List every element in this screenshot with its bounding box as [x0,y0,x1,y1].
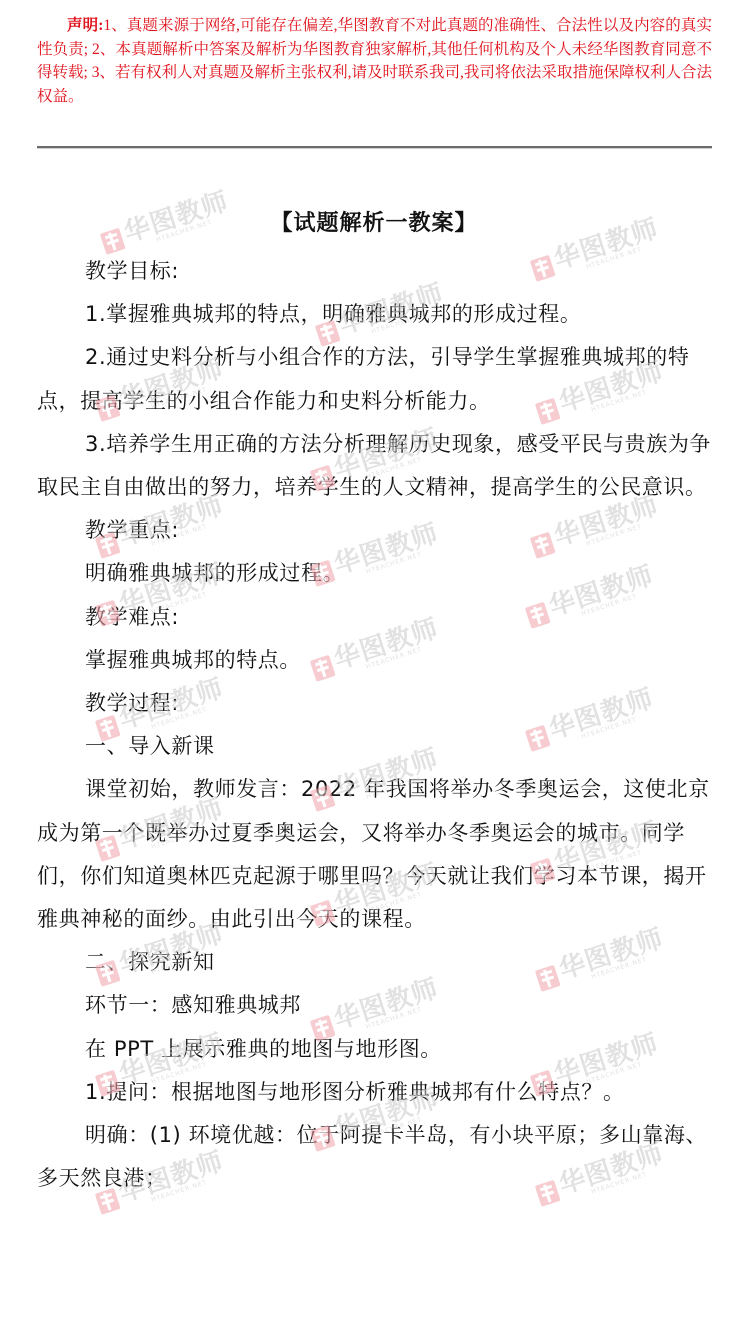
disclaimer-text: 1、真题来源于网络,可能存在偏差,华图教育不对此真题的准确性、合法性以及内容的真… [37,17,712,105]
paragraph: 2.通过史料分析与小组合作的方法，引导学生掌握雅典城邦的特点，提高学生的小组合作… [37,336,713,422]
disclaimer-lead: 声明: [67,17,103,34]
paragraph: 环节一：感知雅典城邦 [37,984,713,1027]
paragraph: 3.培养学生用正确的方法分析理解历史现象，感受平民与贵族为争取民主自由做出的努力… [37,423,713,509]
paragraph: 在 PPT 上展示雅典的地图与地形图。 [37,1028,713,1071]
disclaimer: 声明:1、真题来源于网络,可能存在偏差,华图教育不对此真题的准确性、合法性以及内… [37,14,712,108]
paragraph: 教学难点: [37,596,713,639]
document-body: 教学目标: 1.掌握雅典城邦的特点，明确雅典城邦的形成过程。 2.通过史料分析与… [37,250,713,1200]
paragraph: 掌握雅典城邦的特点。 [37,639,713,682]
paragraph: 课堂初始，教师发言：2022 年我国将举办冬季奥运会，这使北京成为第一个既举办过… [37,768,713,941]
paragraph: 1.掌握雅典城邦的特点，明确雅典城邦的形成过程。 [37,293,713,336]
paragraph: 二、探究新知 [37,941,713,984]
paragraph: 一、导入新课 [37,725,713,768]
paragraph: 教学过程: [37,682,713,725]
paragraph: 明确：(1) 环境优越：位于阿提卡半岛，有小块平原；多山靠海、多天然良港； [37,1114,713,1200]
paragraph: 明确雅典城邦的形成过程。 [37,552,713,595]
paragraph: 1.提问：根据地图与地形图分析雅典城邦有什么特点？。 [37,1071,713,1114]
document-title: 【试题解析一教案】 [0,206,748,237]
header-divider [37,146,712,149]
paragraph: 教学重点: [37,509,713,552]
paragraph: 教学目标: [37,250,713,293]
